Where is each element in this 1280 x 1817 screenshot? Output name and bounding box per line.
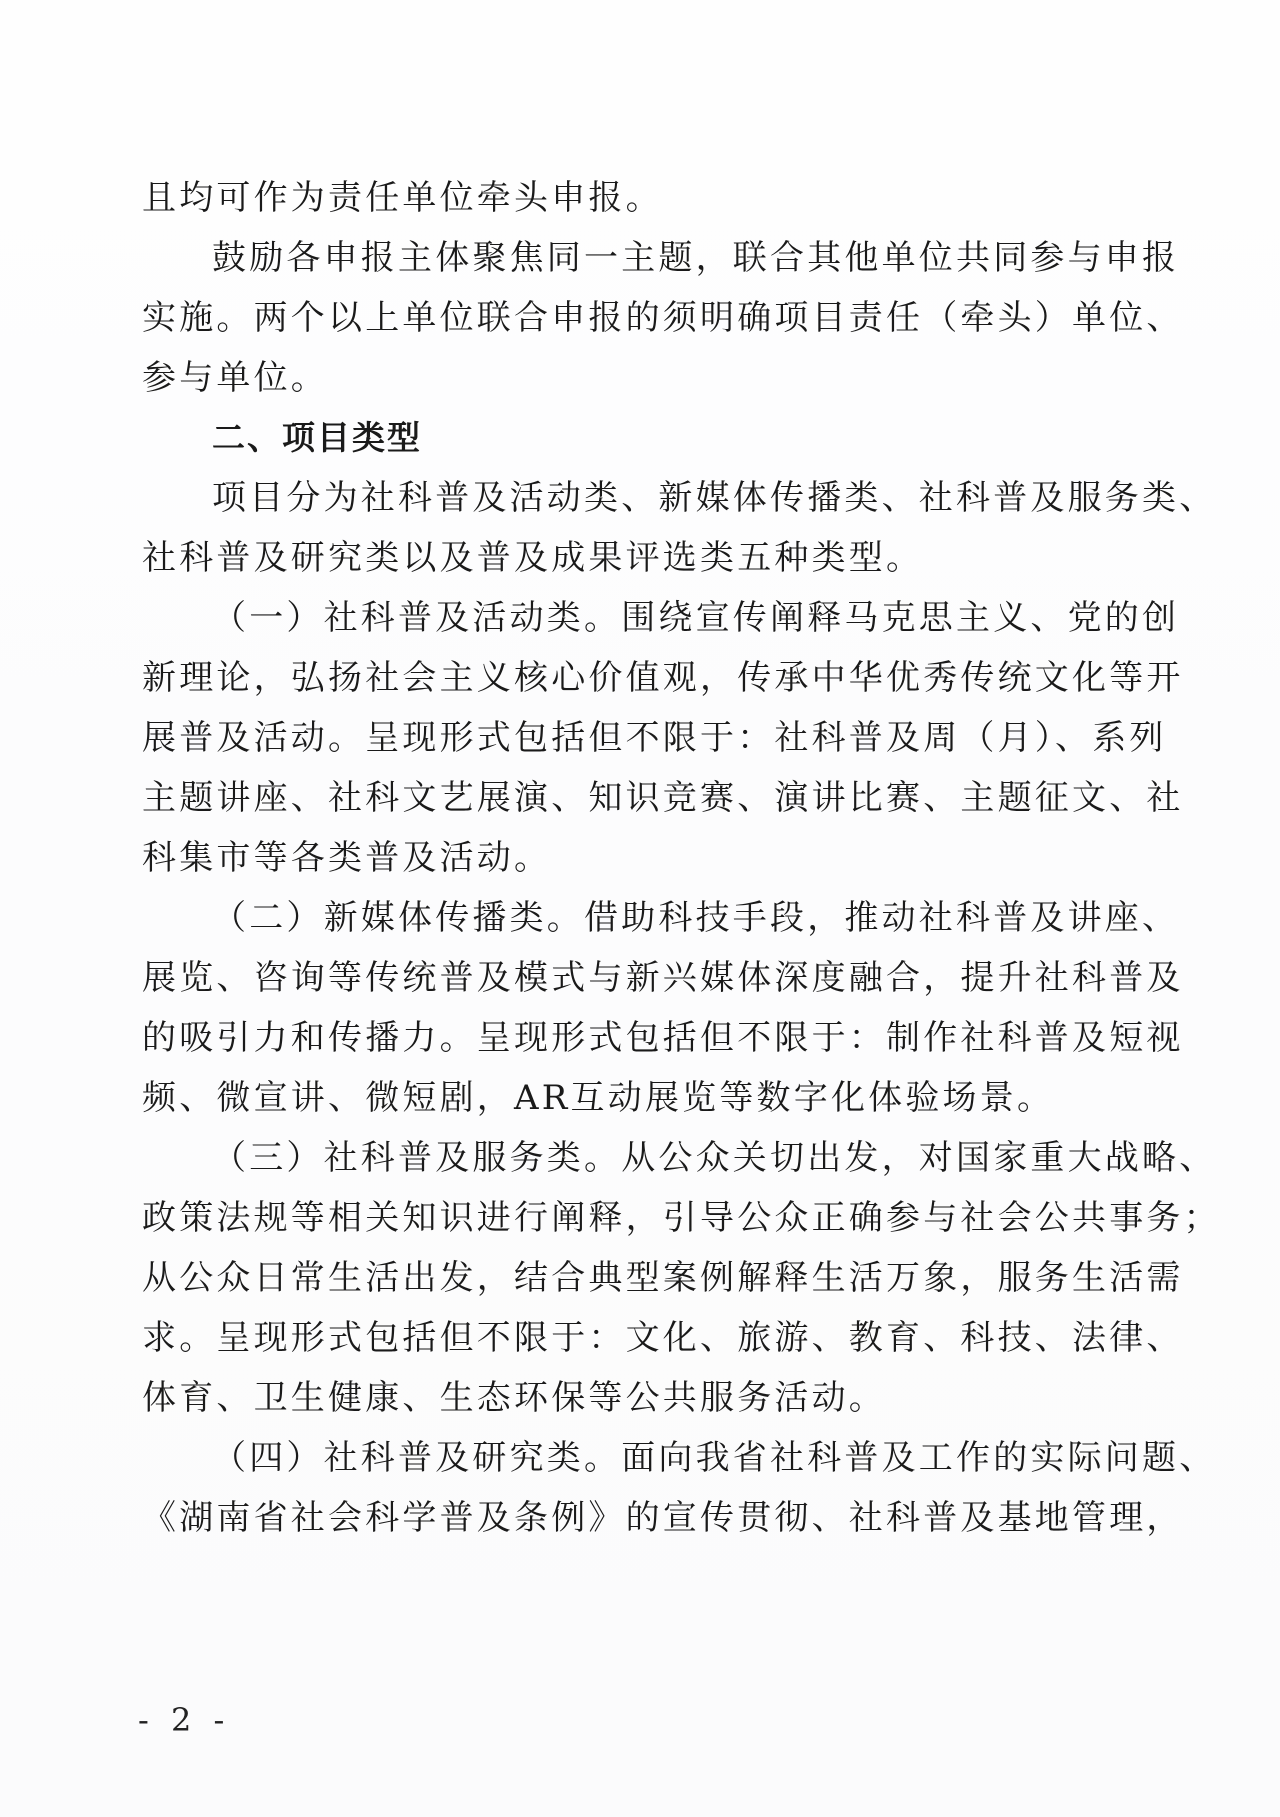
paragraph-line: 社科普及研究类以及普及成果评选类五种类型。 — [142, 528, 1138, 588]
subsection-line: （三）社科普及服务类。从公众关切出发，对国家重大战略、 — [142, 1128, 1138, 1188]
paragraph-line: 参与单位。 — [142, 348, 1138, 408]
page-number: - 2 - — [138, 1700, 230, 1740]
paragraph-line: 展览、咨询等传统普及模式与新兴媒体深度融合，提升社科普及 — [142, 948, 1138, 1008]
paragraph-line: 求。呈现形式包括但不限于：文化、旅游、教育、科技、法律、 — [142, 1308, 1138, 1368]
paragraph-line: 的吸引力和传播力。呈现形式包括但不限于：制作社科普及短视 — [142, 1008, 1138, 1068]
paragraph-line: 且均可作为责任单位牵头申报。 — [142, 168, 1138, 228]
paragraph-line: 体育、卫生健康、生态环保等公共服务活动。 — [142, 1368, 1138, 1428]
document-page: 且均可作为责任单位牵头申报。 鼓励各申报主体聚焦同一主题，联合其他单位共同参与申… — [0, 0, 1280, 1817]
paragraph-line: 实施。两个以上单位联合申报的须明确项目责任（牵头）单位、 — [142, 288, 1138, 348]
paragraph-line: 政策法规等相关知识进行阐释，引导公众正确参与社会公共事务； — [142, 1188, 1138, 1248]
paragraph-line: 从公众日常生活出发，结合典型案例解释生活万象，服务生活需 — [142, 1248, 1138, 1308]
paragraph-line: 展普及活动。呈现形式包括但不限于：社科普及周（月）、系列 — [142, 708, 1138, 768]
paragraph-line: 主题讲座、社科文艺展演、知识竞赛、演讲比赛、主题征文、社 — [142, 768, 1138, 828]
paragraph-line: 鼓励各申报主体聚焦同一主题，联合其他单位共同参与申报 — [142, 228, 1138, 288]
subsection-line: （二）新媒体传播类。借助科技手段，推动社科普及讲座、 — [142, 888, 1138, 948]
document-body: 且均可作为责任单位牵头申报。 鼓励各申报主体聚焦同一主题，联合其他单位共同参与申… — [142, 168, 1138, 1548]
paragraph-line: 新理论，弘扬社会主义核心价值观，传承中华优秀传统文化等开 — [142, 648, 1138, 708]
section-heading: 二、项目类型 — [142, 408, 1138, 468]
subsection-line: （一）社科普及活动类。围绕宣传阐释马克思主义、党的创 — [142, 588, 1138, 648]
paragraph-line: 科集市等各类普及活动。 — [142, 828, 1138, 888]
paragraph-line: 项目分为社科普及活动类、新媒体传播类、社科普及服务类、 — [142, 468, 1138, 528]
subsection-line: （四）社科普及研究类。面向我省社科普及工作的实际问题、 — [142, 1428, 1138, 1488]
paragraph-line: 频、微宣讲、微短剧，AR互动展览等数字化体验场景。 — [142, 1068, 1138, 1128]
paragraph-line: 《湖南省社会科学普及条例》的宣传贯彻、社科普及基地管理， — [142, 1488, 1138, 1548]
